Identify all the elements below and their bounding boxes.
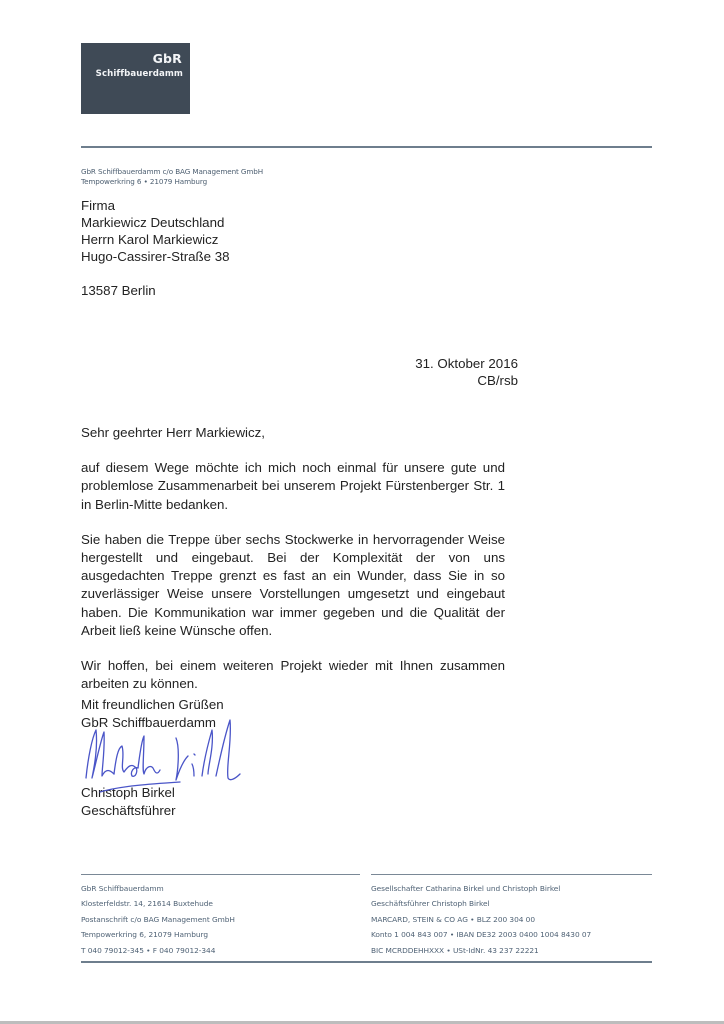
date-block: 31. Oktober 2016 CB/rsb	[415, 355, 518, 389]
footer-line: MARCARD, STEIN & CO AG • BLZ 200 304 00	[371, 912, 591, 927]
return-address-line: Tempowerkring 6 • 21079 Hamburg	[81, 177, 263, 187]
footer-line: Gesellschafter Catharina Birkel und Chri…	[371, 881, 591, 896]
recipient-city: 13587 Berlin	[81, 282, 230, 299]
letter-body: Sehr geehrter Herr Markiewicz, auf diese…	[81, 424, 505, 710]
footer-line: Tempowerkring 6, 21079 Hamburg	[81, 927, 235, 942]
letter-reference: CB/rsb	[415, 372, 518, 389]
footer-line: Postanschrift c/o BAG Management GmbH	[81, 912, 235, 927]
footer-line: T 040 79012-345 • F 040 79012-344	[81, 943, 235, 958]
recipient-line: Markiewicz Deutschland	[81, 214, 230, 231]
handwritten-signature-icon	[80, 708, 270, 798]
body-paragraph: Wir hoffen, bei einem weiteren Projekt w…	[81, 657, 505, 693]
footer-line: BIC MCRDDEHHXXX • USt-IdNr. 43 237 22221	[371, 943, 591, 958]
body-paragraph: Sie haben die Treppe über sechs Stockwer…	[81, 531, 505, 640]
body-paragraph: auf diesem Wege möchte ich mich noch ein…	[81, 459, 505, 514]
footer-divider-right	[371, 874, 652, 875]
signer-title: Geschäftsführer	[81, 802, 176, 820]
recipient-line: Herrn Karol Markiewicz	[81, 231, 230, 248]
footer-line: Geschäftsführer Christoph Birkel	[371, 896, 591, 911]
footer-company-info: GbR Schiffbauerdamm Klosterfeldstr. 14, …	[81, 881, 235, 958]
company-logo: GbR Schiffbauerdamm	[81, 43, 190, 114]
salutation: Sehr geehrter Herr Markiewicz,	[81, 424, 505, 442]
logo-sub-text: Schiffbauerdamm	[96, 69, 183, 79]
footer-bottom-divider	[81, 961, 652, 963]
footer-bank-info: Gesellschafter Catharina Birkel und Chri…	[371, 881, 591, 958]
recipient-line: Hugo-Cassirer-Straße 38	[81, 248, 230, 265]
return-address: GbR Schiffbauerdamm c/o BAG Management G…	[81, 167, 263, 186]
return-address-line: GbR Schiffbauerdamm c/o BAG Management G…	[81, 167, 263, 177]
footer-line: Klosterfeldstr. 14, 21614 Buxtehude	[81, 896, 235, 911]
footer-line: GbR Schiffbauerdamm	[81, 881, 235, 896]
letter-date: 31. Oktober 2016	[415, 355, 518, 372]
logo-main-text: GbR	[153, 51, 182, 66]
recipient-line: Firma	[81, 197, 230, 214]
footer-line: Konto 1 004 843 007 • IBAN DE32 2003 040…	[371, 927, 591, 942]
header-divider	[81, 146, 652, 148]
recipient-address: Firma Markiewicz Deutschland Herrn Karol…	[81, 197, 230, 299]
footer-divider-left	[81, 874, 360, 875]
